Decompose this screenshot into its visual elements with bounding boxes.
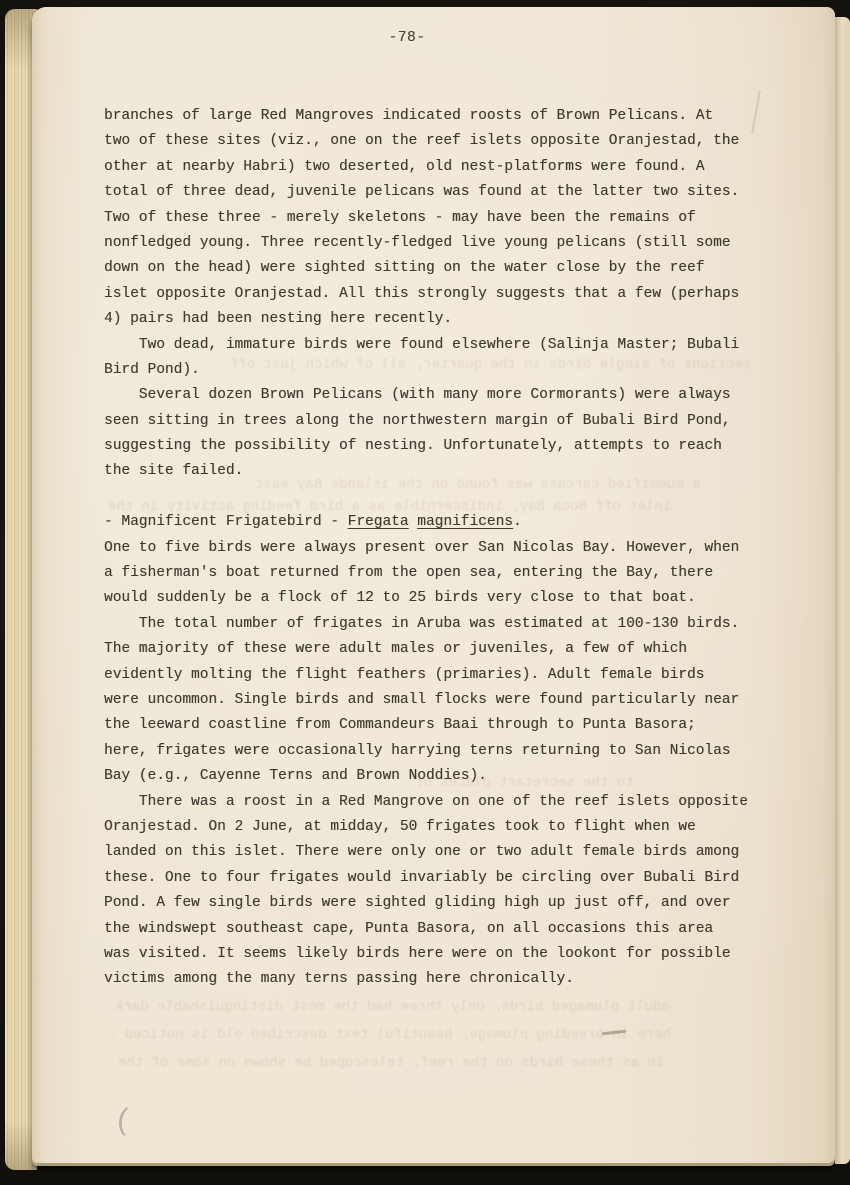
text-line: here, frigates were occasionally harryin… (104, 739, 764, 764)
text-line: branches of large Red Mangroves indicate… (104, 104, 764, 129)
text-line: evidently molting the flight feathers (p… (104, 663, 764, 688)
bleed-through-text: adult plumaged birds, only three had the… (115, 997, 670, 1017)
text-line: 4) pairs had been nesting here recently. (104, 307, 764, 332)
text-line: was visited. It seems likely birds here … (104, 942, 764, 967)
text-line: Several dozen Brown Pelicans (with many … (104, 383, 764, 408)
text-line: a fisherman's boat returned from the ope… (104, 561, 764, 586)
text-line: The majority of these were adult males o… (104, 637, 764, 662)
text-line: Oranjestad. On 2 June, at midday, 50 fri… (104, 815, 764, 840)
text-line: victims among the many terns passing her… (104, 967, 764, 992)
text-line: There was a roost in a Red Mangrove on o… (104, 790, 764, 815)
text-line: these. One to four frigates would invari… (104, 866, 764, 891)
text-line: would suddenly be a flock of 12 to 25 bi… (104, 586, 764, 611)
paragraph-san-nicolas-bay: One to five birds were always present ov… (104, 536, 764, 612)
pencil-squiggle: ( (112, 1104, 133, 1140)
bleed-through-text: inlet off Boca Bay, indiscernible as a b… (108, 497, 671, 517)
text-line: The total number of frigates in Aruba wa… (104, 612, 764, 637)
document-page: -78- branches of large Red Mangroves ind… (32, 7, 835, 1163)
text-line: One to five birds were always present ov… (104, 536, 764, 561)
bleed-through-text: to the secretart places of (415, 773, 633, 793)
text-line: other at nearby Habri) two deserted, old… (104, 155, 764, 180)
text-line: landed on this islet. There were only on… (104, 840, 764, 865)
text-line: Two of these three - merely skeletons - … (104, 206, 764, 231)
bleed-through-text: in as these birds on the reef, telescope… (118, 1053, 664, 1073)
text-line: were uncommon. Single birds and small fl… (104, 688, 764, 713)
text-line: suggesting the possibility of nesting. U… (104, 434, 764, 459)
paragraph-bubali-pond: Several dozen Brown Pelicans (with many … (104, 383, 764, 485)
text-line: the leeward coastline from Commandeurs B… (104, 713, 764, 738)
text-line: Pond. A few single birds were sighted gl… (104, 891, 764, 916)
paragraph-mangrove-roost: There was a roost in a Red Mangrove on o… (104, 790, 764, 993)
paragraph-frigate-population: The total number of frigates in Aruba wa… (104, 612, 764, 790)
bleed-through-text: sections of single birds in the quarter,… (230, 355, 751, 375)
book-page-photo: -78- branches of large Red Mangroves ind… (0, 0, 850, 1185)
text-line: seen sitting in trees along the northwes… (104, 409, 764, 434)
text-line: down on the head) were sighted sitting o… (104, 256, 764, 281)
text-line: the windswept southeast cape, Punta Baso… (104, 917, 764, 942)
text-line: islet opposite Oranjestad. All this stro… (104, 282, 764, 307)
text-line: nonfledged young. Three recently-fledged… (104, 231, 764, 256)
adjacent-page-edge (835, 17, 850, 1164)
paragraph-pelican-roosts: branches of large Red Mangroves indicate… (104, 104, 764, 333)
text-line: two of these sites (viz., one on the ree… (104, 129, 764, 154)
page-body: branches of large Red Mangroves indicate… (104, 104, 764, 993)
page-number: -78- (322, 30, 492, 46)
text-line: total of three dead, juvenile pelicans w… (104, 180, 764, 205)
bleed-through-text: a mummified carcass was found on the isl… (255, 475, 700, 495)
bleed-through-text: here in breeding plumage, beautiful text… (108, 1025, 671, 1045)
